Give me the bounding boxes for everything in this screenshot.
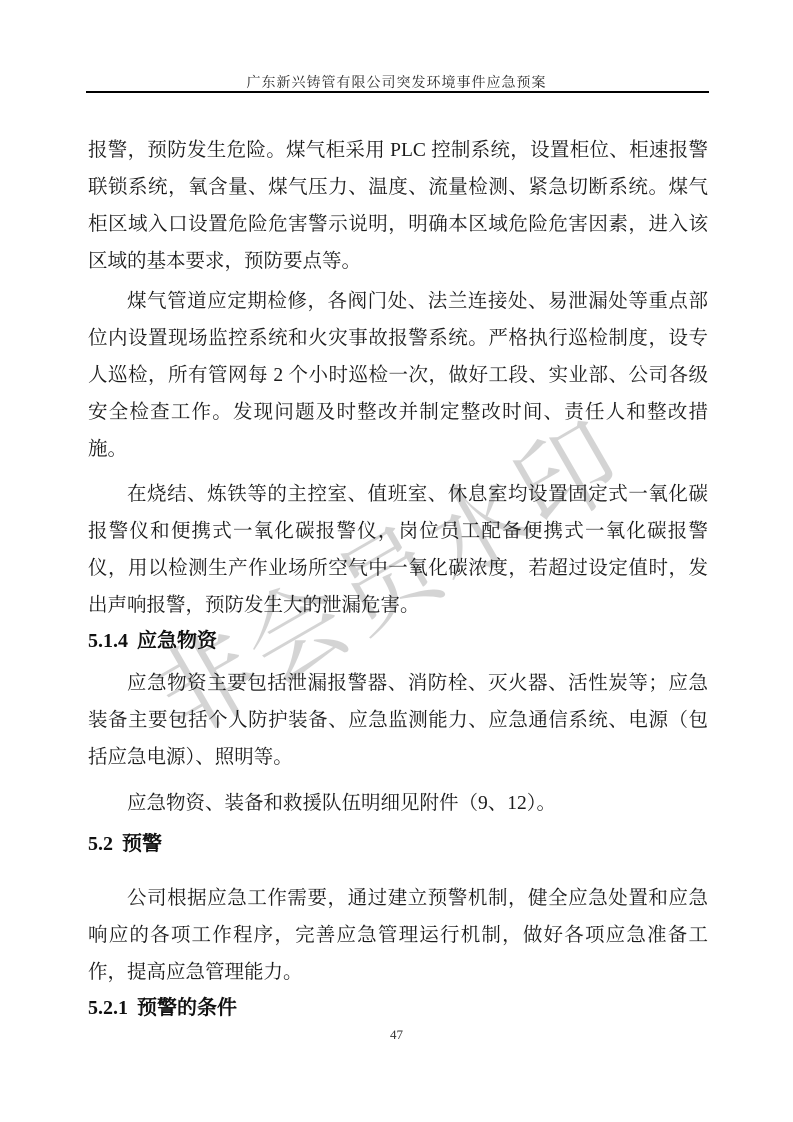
header-rule bbox=[86, 91, 709, 93]
paragraph-emergency-supplies: 应急物资主要包括泄漏报警器、消防栓、灭火器、活性炭等；应急装备主要包括个人防护装… bbox=[88, 665, 708, 776]
document-page: 广东新兴铸管有限公司突发环境事件应急预案 非会员水印 报警，预防发生危险。煤气柜… bbox=[0, 0, 793, 1122]
heading-number: 5.2.1 bbox=[88, 997, 128, 1019]
paragraph-supplies-attachment: 应急物资、装备和救援队伍明细见附件（9、12）。 bbox=[88, 785, 708, 822]
section-heading-5-1-4: 5.1.4应急物资 bbox=[88, 627, 708, 655]
section-heading-5-2-1: 5.2.1预警的条件 bbox=[88, 994, 708, 1022]
paragraph-early-warning-mechanism: 公司根据应急工作需要，通过建立预警机制，健全应急处置和应急响应的各项工作程序，完… bbox=[88, 880, 708, 991]
page-number: 47 bbox=[0, 1027, 793, 1043]
heading-number: 5.1.4 bbox=[88, 630, 128, 652]
document-body: 报警，预防发生危险。煤气柜采用 PLC 控制系统，设置柜位、柜速报警联锁系统，氧… bbox=[88, 132, 708, 1022]
paragraph-gas-cabinet-alarm: 报警，预防发生危险。煤气柜采用 PLC 控制系统，设置柜位、柜速报警联锁系统，氧… bbox=[88, 132, 708, 280]
heading-label: 预警的条件 bbox=[137, 997, 237, 1019]
paragraph-co-detectors: 在烧结、炼铁等的主控室、值班室、休息室均设置固定式一氧化碳报警仪和便携式一氧化碳… bbox=[88, 476, 708, 624]
heading-number: 5.2 bbox=[88, 833, 113, 855]
heading-label: 预警 bbox=[122, 833, 162, 855]
heading-label: 应急物资 bbox=[137, 630, 217, 652]
paragraph-gas-pipeline-inspection: 煤气管道应定期检修，各阀门处、法兰连接处、易泄漏处等重点部位内设置现场监控系统和… bbox=[88, 283, 708, 468]
section-heading-5-2: 5.2预警 bbox=[88, 830, 708, 858]
page-header-title: 广东新兴铸管有限公司突发环境事件应急预案 bbox=[0, 72, 793, 92]
